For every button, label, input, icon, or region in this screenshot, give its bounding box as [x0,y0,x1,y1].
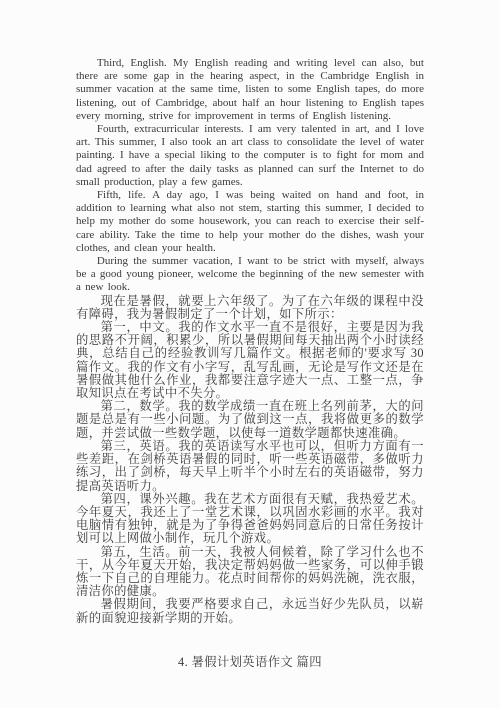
paragraph-chinese-second: 第二，数学。我的数学成绩一直在班上名列前茅，大的问题是总是有一些小问题。为了做到… [76,400,424,440]
paragraph-chinese-intro: 现在是暑假，就要上六年级了。为了在六年级的课程中没有障碍，我为暑假制定了一个计划… [76,295,424,321]
paragraph-chinese-fifth: 第五，生活。前一天，我被人伺候着，除了学习什么也不干，从今年夏天开始，我决定帮妈… [76,546,424,599]
paragraph-chinese-fourth: 第四，课外兴趣。我在艺术方面很有天赋，我热爱艺术。今年夏天，我还上了一堂艺术课，… [76,493,424,546]
paragraph-english-summary: During the summer vacation, I want to be… [76,255,424,295]
paragraph-english-third: Third, English. My English reading and w… [76,57,424,123]
paragraph-chinese-third: 第三，英语。我的英语读写水平也可以，但听力方面有一些差距，在剑桥英语暑假的同时，… [76,440,424,493]
paragraph-english-fourth: Fourth, extracurricular interests. I am … [76,123,424,189]
paragraph-chinese-first: 第一，中文。我的作文水平一直不是很好，主要是因为我的思路不开阔，积累少，所以暑假… [76,321,424,400]
paragraph-chinese-closing: 暑假期间，我要严格要求自己，永远当好少先队员，以崭新的面貌迎接新学期的开始。 [76,598,424,624]
paragraph-english-fifth: Fifth, life. A day ago, I was being wait… [76,189,424,255]
document-page: Third, English. My English reading and w… [0,0,500,708]
section-heading: 4. 暑假计划英语作文 篇四 [76,655,424,669]
